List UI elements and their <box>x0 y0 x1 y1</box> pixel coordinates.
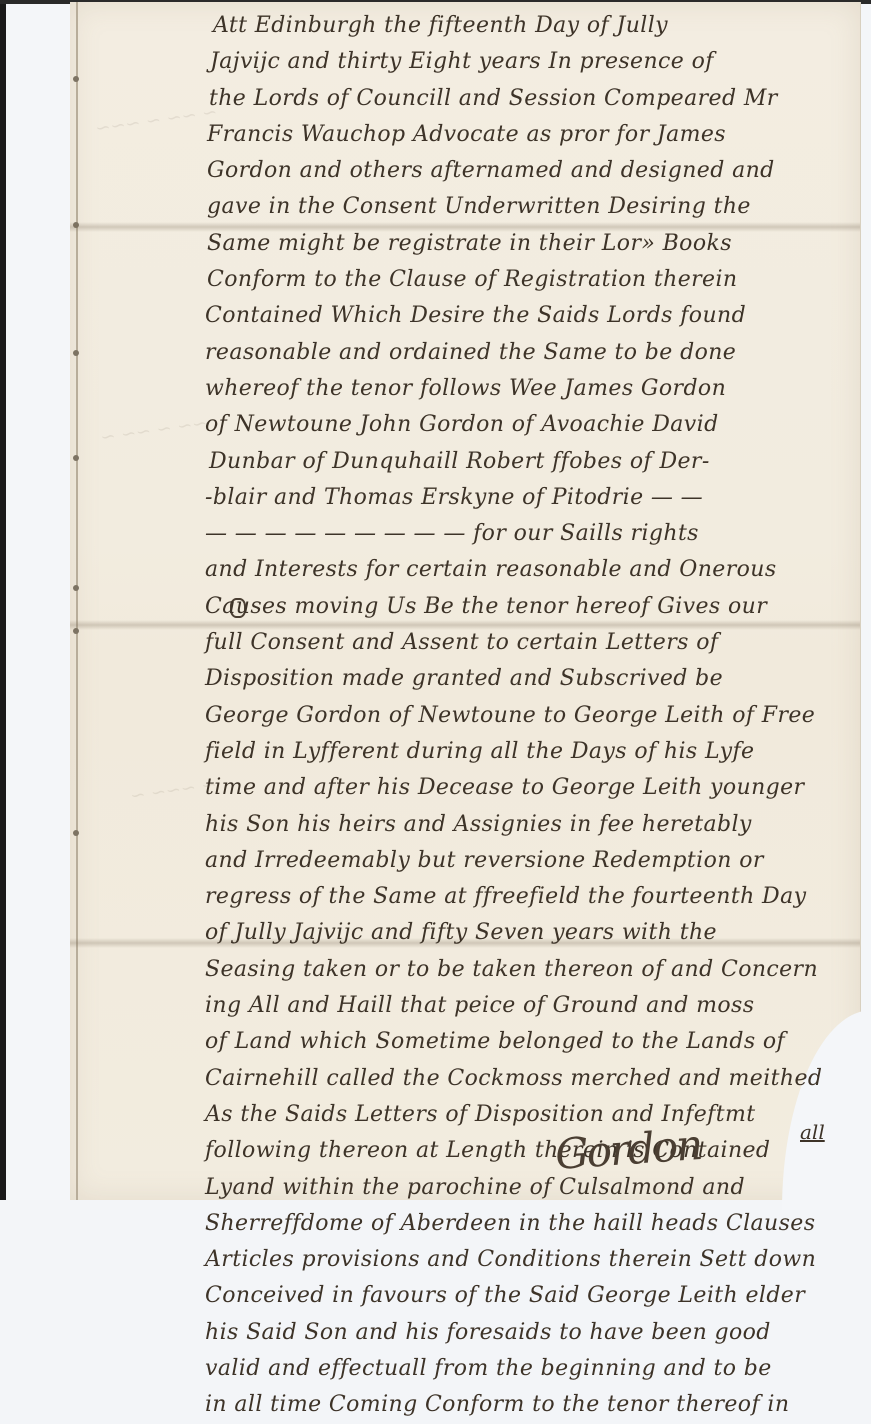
text-line: Seasing taken or to be taken thereon of … <box>205 952 855 988</box>
text-line: Disposition made granted and Subscrived … <box>205 661 855 697</box>
text-line: time and after his Decease to George Lei… <box>205 770 855 806</box>
text-line: As the Saids Letters of Disposition and … <box>205 1097 855 1133</box>
text-line: -blair and Thomas Erskyne of Pitodrie — … <box>205 480 855 516</box>
scan-background: ~ ~~ ~ ~~~ ~~ ~ ~~ ~ ~ ~~~ ~ Att Edinbur… <box>0 0 871 1200</box>
text-line: Contained Which Desire the Saids Lords f… <box>205 298 855 334</box>
text-line: ing All and Haill that peice of Ground a… <box>205 988 855 1024</box>
text-line: Att Edinburgh the fifteenth Day of Jully <box>205 8 855 44</box>
text-line: Cairnehill called the Cockmoss merched a… <box>205 1061 855 1097</box>
text-line: reasonable and ordained the Same to be d… <box>205 335 855 371</box>
text-line: field in Lyfferent during all the Days o… <box>205 734 855 770</box>
text-line: Francis Wauchop Advocate as pror for Jam… <box>205 117 855 153</box>
text-line: and Irredeemably but reversione Redempti… <box>205 843 855 879</box>
stitch-hole <box>73 350 79 356</box>
stitch-hole <box>73 585 79 591</box>
text-line: Conform to the Clause of Registration th… <box>205 262 855 298</box>
text-line: full Consent and Assent to certain Lette… <box>205 625 855 661</box>
stitch-hole <box>73 830 79 836</box>
manuscript-text: Att Edinburgh the fifteenth Day of Jully… <box>205 8 855 1200</box>
text-line: his Son his heirs and Assignies in fee h… <box>205 807 855 843</box>
text-line: gave in the Consent Underwritten Desirin… <box>205 189 855 225</box>
text-line: George Gordon of Newtoune to George Leit… <box>205 698 855 734</box>
text-line: and Interests for certain reasonable and… <box>205 552 855 588</box>
text-line: Jajvijc and thirty Eight years In presen… <box>205 44 855 80</box>
text-line: — — — — — — — — — for our Saills rights <box>205 516 855 552</box>
text-line: Lyand within the parochine of Culsalmond… <box>205 1170 855 1201</box>
text-line: of Newtoune John Gordon of Avoachie Davi… <box>205 407 855 443</box>
stitch-hole <box>73 76 79 82</box>
text-line: of Jully Jajvijc and fifty Seven years w… <box>205 915 855 951</box>
text-line: the Lords of Councill and Session Compea… <box>205 81 855 117</box>
text-line: whereof the tenor follows Wee James Gord… <box>205 371 855 407</box>
text-line: regress of the Same at ffreefield the fo… <box>205 879 855 915</box>
text-line: Dunbar of Dunquhaill Robert ffobes of De… <box>205 444 855 480</box>
binding-thread <box>76 2 78 1200</box>
text-line: Same might be registrate in their Lor» B… <box>205 226 855 262</box>
text-line: following thereon at Length therein is C… <box>205 1133 855 1169</box>
catchword: all <box>800 1120 825 1144</box>
text-line: Gordon and others afternamed and designe… <box>205 153 855 189</box>
frame-edge <box>0 0 6 1200</box>
stitch-hole <box>73 455 79 461</box>
signature: Gordon <box>553 1120 702 1179</box>
text-line: of Land which Sometime belonged to the L… <box>205 1024 855 1060</box>
text-line: Causes moving Us Be the tenor hereof Giv… <box>205 589 855 625</box>
